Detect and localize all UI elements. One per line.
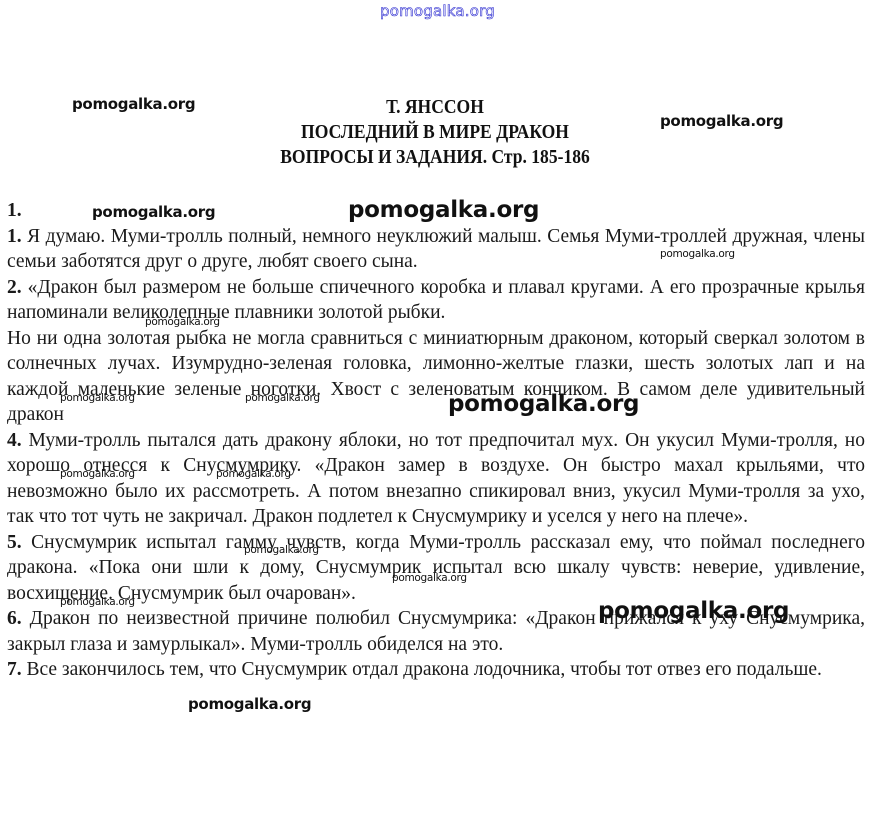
watermark: pomogalka.org <box>392 572 467 584</box>
watermark: pomogalka.org <box>60 392 135 404</box>
watermark: pomogalka.org <box>216 468 291 480</box>
watermark: pomogalka.org <box>60 468 135 480</box>
watermark: pomogalka.org <box>245 392 320 404</box>
answer-number: 7. <box>7 659 22 680</box>
answer-4: 4. Муми-тролль пытался дать дракону ябло… <box>7 428 865 530</box>
answer-1: 1. Я думаю. Муми-тролль полный, немного … <box>7 224 865 275</box>
answer-number: 6. <box>7 608 22 629</box>
watermark: pomogalka.org <box>60 596 135 608</box>
site-header-watermark: pomogalka.org <box>0 2 875 20</box>
author-name: Т. ЯНССОН <box>206 95 665 120</box>
section-title: ВОПРОСЫ И ЗАДАНИЯ. Стр. 185-186 <box>206 145 665 170</box>
answer-text: Все закончилось тем, что Снусмумрик отда… <box>22 659 822 680</box>
work-title: ПОСЛЕДНИЙ В МИРЕ ДРАКОН <box>206 120 665 145</box>
watermark: pomogalka.org <box>92 203 215 221</box>
answer-text: Но ни одна золотая рыбка не могла сравни… <box>7 328 865 426</box>
answer-text: Снусмумрик испытал гамму чувств, когда М… <box>7 532 865 604</box>
watermark: pomogalka.org <box>660 112 783 130</box>
document-page: pomogalka.org Т. ЯНССОН ПОСЛЕДНИЙ В МИРЕ… <box>0 0 875 829</box>
answer-number: 2. <box>7 277 22 298</box>
answer-text: Муми-тролль пытался дать дракону яблоки,… <box>7 430 865 528</box>
answer-number: 1. <box>7 200 22 221</box>
title-block: Т. ЯНССОН ПОСЛЕДНИЙ В МИРЕ ДРАКОН ВОПРОС… <box>206 95 665 170</box>
answer-text: «Дракон был размером не больше спичечног… <box>7 277 865 324</box>
watermark: pomogalka.org <box>145 316 220 328</box>
answer-2-continued: Но ни одна золотая рыбка не могла сравни… <box>7 326 865 428</box>
answer-7: 7. Все закончилось тем, что Снусмумрик о… <box>7 657 865 683</box>
answer-number: 4. <box>7 430 22 451</box>
watermark: pomogalka.org <box>448 391 639 417</box>
watermark: pomogalka.org <box>188 695 311 713</box>
answer-2: 2. «Дракон был размером не больше спичеч… <box>7 275 865 326</box>
answer-text: Я думаю. Муми-тролль полный, немного неу… <box>7 226 865 273</box>
answer-number: 1. <box>7 226 22 247</box>
watermark: pomogalka.org <box>660 248 735 260</box>
answer-number: 5. <box>7 532 22 553</box>
watermark: pomogalka.org <box>598 598 789 624</box>
watermark: pomogalka.org <box>244 544 319 556</box>
watermark: pomogalka.org <box>348 197 539 223</box>
answer-5: 5. Снусмумрик испытал гамму чувств, когд… <box>7 530 865 607</box>
watermark: pomogalka.org <box>72 95 195 113</box>
